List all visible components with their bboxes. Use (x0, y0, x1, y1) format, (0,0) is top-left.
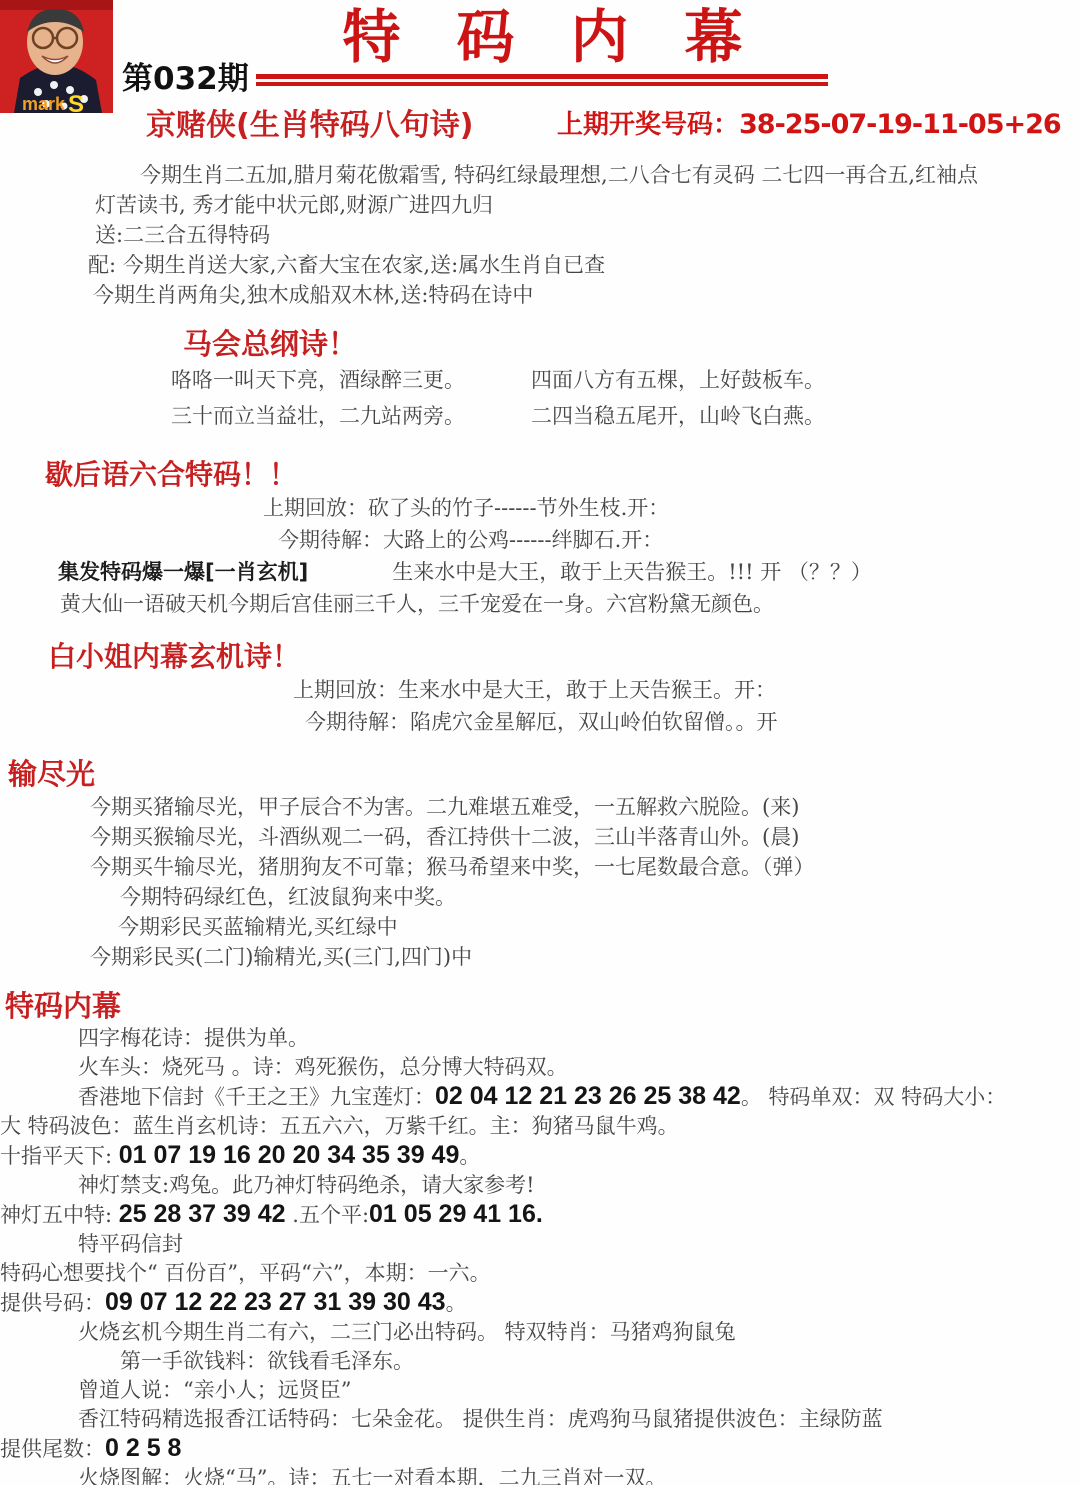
mark-six-man-photo: mark S (0, 0, 113, 113)
text-run: .五个平: (286, 1203, 369, 1227)
text-line: 咯咯一叫天下亮，酒绿醉三更。四面八方有五棵，上好鼓板车。 (171, 362, 1080, 398)
text-run: 香港地下信封《千王之王》九宝莲灯： (78, 1085, 435, 1109)
section-heading-baixiaojie: 白小姐内幕玄机诗！ (48, 640, 1080, 674)
tip-sheet-page: mark S 第032期 特码内幕 京赌侠(生肖特码八句诗) 上期开奖号码：38… (0, 0, 1080, 1485)
text-line: 今期买猪输尽光，甲子辰合不为害。二九难堪五难受，一五解救六脱险。(来) (90, 792, 1080, 822)
text-run: 香江特码精选报香江话特码：七朵金花。 提供生肖：虎鸡狗马鼠猪提供波色：主绿防蓝 (78, 1407, 883, 1431)
text-run: 四面八方有五棵，上好鼓板车。 (531, 368, 825, 392)
section-heading-temaneimu: 特码内幕 (5, 988, 1080, 1024)
section-intro: 今期生肖二五加,腊月菊花傲霜雪, 特码红绿最理想,二八合七有灵码 二七四一再合五… (0, 160, 1080, 310)
text-line: 神灯禁支:鸡兔。此乃神灯特码绝杀，请大家参考! (78, 1171, 1080, 1200)
photo-watermark-text: mark (22, 94, 66, 113)
text-line: 今期生肖二五加,腊月菊花傲霜雪, 特码红绿最理想,二八合七有灵码 二七四一再合五… (140, 160, 1080, 190)
text-run: 上期回放：生来水中是大王，敢于上天告猴王。开： (293, 678, 776, 702)
last-draw-result: 上期开奖号码：38-25-07-19-11-05+26 (557, 104, 1061, 141)
text-line: 第一手欲钱料：欲钱看毛泽东。 (120, 1347, 1080, 1376)
number-run: 01 05 29 41 16. (369, 1200, 543, 1228)
text-run: 今期彩民买(二门)输精光,买(三门,四门)中 (90, 945, 472, 969)
section-heading-mahui: 马会总纲诗！ (183, 326, 1080, 362)
document-body: 今期生肖二五加,腊月菊花傲霜雪, 特码红绿最理想,二八合七有灵码 二七四一再合五… (0, 160, 1080, 1485)
text-line: 火车头：烧死马 。诗：鸡死猴伤，总分博大特码双。 (78, 1053, 1080, 1082)
text-line: 今期待解：大路上的公鸡------绊脚石.开： (278, 524, 1080, 556)
text-line: 三十而立当益壮，二九站两旁。二四当稳五尾开，山岭飞白燕。 (171, 398, 1080, 434)
number-run: 09 07 12 22 23 27 31 39 30 43 (105, 1288, 446, 1316)
text-run: 。 (459, 1144, 480, 1168)
section-mahui: 马会总纲诗！咯咯一叫天下亮，酒绿醉三更。四面八方有五棵，上好鼓板车。三十而立当益… (0, 326, 1080, 434)
text-run: 。 特码单双：双 特码大小： (741, 1085, 1006, 1109)
text-run: 曾道人说：“亲小人；远贤臣” (78, 1378, 351, 1402)
section-heading-xiehouyu: 歇后语六合特码！！ (45, 458, 1080, 492)
text-line: 四字梅花诗：提供为单。 (78, 1024, 1080, 1053)
text-run: 火车头：烧死马 。诗：鸡死猴伤，总分博大特码双。 (78, 1055, 568, 1079)
section-temaneimu: 特码内幕四字梅花诗：提供为单。火车头：烧死马 。诗：鸡死猴伤，总分博大特码双。香… (0, 988, 1080, 1485)
issue-number: 第032期 (122, 53, 249, 98)
text-line: 大 特码波色：蓝生肖玄机诗：五五六六，万紫千红。主：狗猪马鼠牛鸡。 (0, 1112, 1080, 1141)
section-heading-shujinguang: 输尽光 (8, 756, 1080, 792)
last-draw-numbers: 38-25-07-19-11-05+26 (739, 109, 1061, 140)
number-run: 01 07 19 16 20 20 34 35 39 49 (119, 1141, 460, 1169)
text-line: 香江特码精选报香江话特码：七朵金花。 提供生肖：虎鸡狗马鼠猪提供波色：主绿防蓝 (78, 1405, 1080, 1434)
text-line: 灯苦读书, 秀才能中状元郎,财源广进四九归 (95, 190, 1080, 220)
section-xiehouyu: 歇后语六合特码！！上期回放：砍了头的竹子------节外生枝.开：今期待解：大路… (0, 458, 1080, 620)
text-line: 黄大仙一语破天机今期后宫佳丽三千人，三千宠爱在一身。六宫粉黛无颜色。 (60, 588, 1080, 620)
text-run: 火烧玄机今期生肖二有六，二三门必出特码。 特双特肖：马猪鸡狗鼠兔 (78, 1320, 736, 1344)
text-run: 今期买猪输尽光，甲子辰合不为害。二九难堪五难受，一五解救六脱险。(来) (90, 795, 799, 819)
text-run: 今期彩民买蓝输精光,买红绿中 (118, 915, 398, 939)
text-run: 提供号码： (0, 1291, 105, 1315)
text-run: 四字梅花诗：提供为单。 (78, 1026, 309, 1050)
number-run: 02 04 12 21 23 26 25 38 42 (435, 1082, 741, 1110)
text-run: 神灯禁支:鸡兔。此乃神灯特码绝杀，请大家参考! (78, 1173, 535, 1197)
text-line: 送:二三合五得特码 (95, 220, 1080, 250)
text-run: 今期待解：大路上的公鸡------绊脚石.开： (278, 528, 663, 552)
text-line: 今期彩民买蓝输精光,买红绿中 (118, 912, 1080, 942)
text-line: 今期生肖两角尖,独木成船双木林,送:特码在诗中 (93, 280, 1080, 310)
text-line: 香港地下信封《千王之王》九宝莲灯：02 04 12 21 23 26 25 38… (78, 1082, 1080, 1112)
text-line: 今期买猴输尽光，斗酒纵观二一码，香江持供十二波，三山半落青山外。(晨) (90, 822, 1080, 852)
text-run: 送:二三合五得特码 (95, 223, 270, 247)
text-run: 上期回放：砍了头的竹子------节外生枝.开： (263, 496, 669, 520)
text-run: 神灯五中特: (0, 1203, 119, 1227)
text-run: 灯苦读书, 秀才能中状元郎,财源广进四九归 (95, 193, 493, 217)
section-shujinguang: 输尽光今期买猪输尽光，甲子辰合不为害。二九难堪五难受，一五解救六脱险。(来)今期… (0, 756, 1080, 972)
photo-watermark-s: S (68, 91, 84, 113)
text-run: 生来水中是大王，敢于上天告猴王。!!! 开 （？？） (308, 560, 872, 584)
text-run: 提供尾数： (0, 1437, 105, 1461)
text-line: 提供号码：09 07 12 22 23 27 31 39 30 43。 (0, 1288, 1080, 1318)
text-run: 。 (446, 1291, 467, 1315)
text-run: 大 特码波色：蓝生肖玄机诗：五五六六，万紫千红。主：狗猪马鼠牛鸡。 (0, 1114, 679, 1138)
page-title: 特码内幕 (342, 4, 798, 70)
text-run: 咯咯一叫天下亮，酒绿醉三更。 (171, 362, 531, 398)
text-line: 特平码信封 (78, 1230, 1080, 1259)
text-run: 配: 今期生肖送大家,六畜大宝在农家,送:属水生肖自已查 (88, 253, 605, 277)
text-line: 火烧图解：火烧“马”。诗：五七一对看本期，二九三肖对一双。 (78, 1464, 1080, 1485)
text-line: 集发特码爆一爆[一肖玄机] 生来水中是大王，敢于上天告猴王。!!! 开 （？？） (58, 556, 1080, 588)
text-run: 今期买牛输尽光，猪朋狗友不可靠；猴马希望来中奖，一七尾数最合意。（弹） (90, 855, 815, 879)
text-line: 今期特码绿红色，红波鼠狗来中奖。 (120, 882, 1080, 912)
number-run: 0 2 5 8 (105, 1434, 181, 1462)
text-run: 今期买猴输尽光，斗酒纵观二一码，香江持供十二波，三山半落青山外。(晨) (90, 825, 799, 849)
text-line: 今期买牛输尽光，猪朋狗友不可靠；猴马希望来中奖，一七尾数最合意。（弹） (90, 852, 1080, 882)
text-line: 十指平天下: 01 07 19 16 20 20 34 35 39 49。 (0, 1141, 1080, 1171)
column-subtitle: 京赌侠(生肖特码八句诗) (146, 100, 473, 144)
title-underline (256, 74, 828, 86)
text-line: 曾道人说：“亲小人；远贤臣” (78, 1376, 1080, 1405)
text-run: 三十而立当益壮，二九站两旁。 (171, 398, 531, 434)
text-line: 神灯五中特: 25 28 37 39 42 .五个平:01 05 29 41 1… (0, 1200, 1080, 1230)
text-run: 今期待解：陷虎穴金星解厄，双山岭伯钦留僧。。开 (305, 710, 778, 734)
text-line: 今期彩民买(二门)输精光,买(三门,四门)中 (90, 942, 1080, 972)
text-run: 第一手欲钱料：欲钱看毛泽东。 (120, 1349, 414, 1373)
text-run: 火烧图解：火烧“马”。诗：五七一对看本期，二九三肖对一双。 (78, 1466, 666, 1485)
text-line: 特码心想要找个“ 百份百”，平码“六”，本期：一六。 (0, 1259, 1080, 1288)
text-run: 今期生肖两角尖,独木成船双木林,送:特码在诗中 (93, 283, 533, 307)
text-line: 今期待解：陷虎穴金星解厄，双山岭伯钦留僧。。开 (305, 706, 1080, 738)
text-run: 今期生肖二五加,腊月菊花傲霜雪, 特码红绿最理想,二八合七有灵码 二七四一再合五… (140, 163, 978, 187)
text-line: 上期回放：生来水中是大王，敢于上天告猴王。开： (293, 674, 1080, 706)
text-run: 二四当稳五尾开，山岭飞白燕。 (531, 404, 825, 428)
bold-label: 集发特码爆一爆[一肖玄机] (58, 560, 308, 584)
section-baixiaojie: 白小姐内幕玄机诗！上期回放：生来水中是大王，敢于上天告猴王。开：今期待解：陷虎穴… (0, 640, 1080, 738)
header: mark S 第032期 特码内幕 京赌侠(生肖特码八句诗) 上期开奖号码：38… (0, 0, 1080, 150)
text-run: 今期特码绿红色，红波鼠狗来中奖。 (120, 885, 456, 909)
text-line: 配: 今期生肖送大家,六畜大宝在农家,送:属水生肖自已查 (88, 250, 1080, 280)
number-run: 25 28 37 39 42 (119, 1200, 286, 1228)
text-run: 十指平天下: (0, 1144, 119, 1168)
text-line: 火烧玄机今期生肖二有六，二三门必出特码。 特双特肖：马猪鸡狗鼠兔 (78, 1318, 1080, 1347)
text-line: 上期回放：砍了头的竹子------节外生枝.开： (263, 492, 1080, 524)
masthead: 特码内幕 (255, 4, 830, 70)
text-run: 特码心想要找个“ 百份百”，平码“六”，本期：一六。 (0, 1261, 491, 1285)
last-draw-label: 上期开奖号码： (557, 110, 739, 140)
text-line: 提供尾数：0 2 5 8 (0, 1434, 1080, 1464)
text-run: 黄大仙一语破天机今期后宫佳丽三千人，三千宠爱在一身。六宫粉黛无颜色。 (60, 592, 774, 616)
text-run: 特平码信封 (78, 1232, 183, 1256)
